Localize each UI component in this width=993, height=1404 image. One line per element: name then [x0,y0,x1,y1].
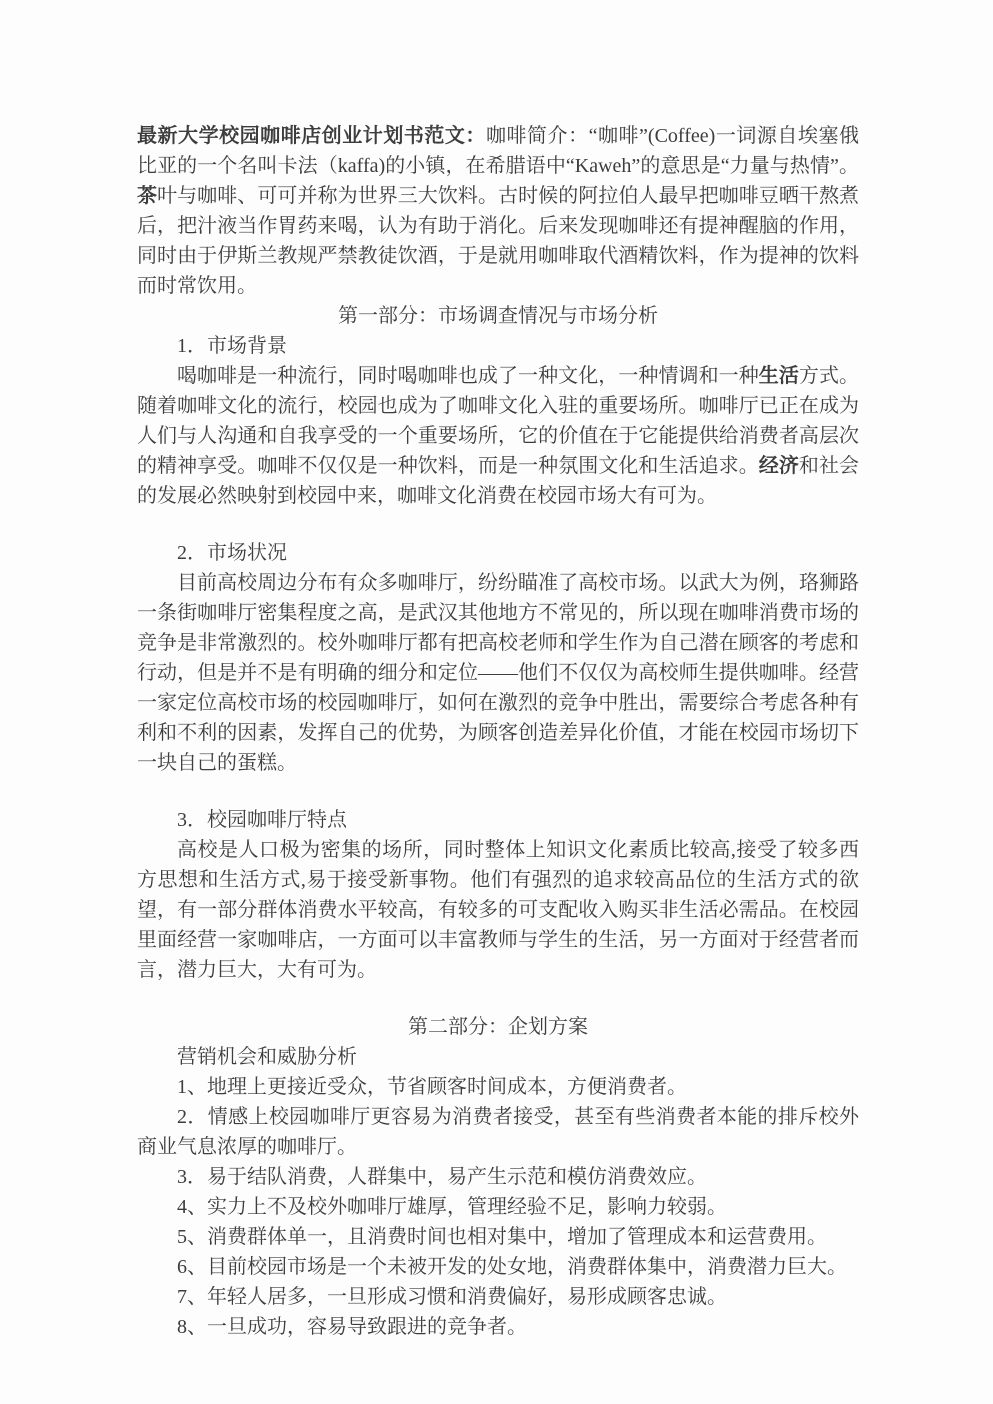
text-run: 5、消费群体单一，且消费时间也相对集中，增加了管理成本和运营费用。 [177,1226,827,1248]
part1-heading: 第一部分：市场调查情况与市场分析 [137,301,859,331]
text-run: 2．情感上校园咖啡厅更容易为消费者接受，甚至有些消费者本能的排斥校外商业气息浓厚… [137,1106,859,1158]
swot-item-6: 6、目前校园市场是一个未被开发的处女地，消费群体集中，消费潜力巨大。 [137,1252,859,1282]
text-run: 第一部分：市场调查情况与市场分析 [338,305,658,327]
text-run: 1、地理上更接近受众，节省顾客时间成本，方便消费者。 [177,1076,687,1098]
text-run: 喝咖啡是一种流行，同时喝咖啡也成了一种文化，一种情调和一种 [177,365,759,387]
text-run: 7、年轻人居多，一旦形成习惯和消费偏好，易形成顾客忠诚。 [177,1286,727,1308]
text-run: 营销机会和威胁分析 [177,1046,357,1068]
text-run: 3．易于结队消费，人群集中，易产生示范和模仿消费效应。 [177,1166,707,1188]
sec1-1-paragraph: 喝咖啡是一种流行，同时喝咖啡也成了一种文化，一种情调和一种生活方式。随着咖啡文化… [137,361,859,511]
text-run: 3．校园咖啡厅特点 [177,809,347,831]
sec1-1-heading: 1．市场背景 [137,331,859,361]
text-run: 2．市场状况 [177,542,287,564]
swot-item-2: 2．情感上校园咖啡厅更容易为消费者接受，甚至有些消费者本能的排斥校外商业气息浓厚… [137,1102,859,1162]
sec1-2-paragraph: 目前高校周边分布有众多咖啡厅，纷纷瞄准了高校市场。以武大为例，珞狮路一条街咖啡厅… [137,568,859,778]
text-run: 目前高校周边分布有众多咖啡厅，纷纷瞄准了高校市场。以武大为例，珞狮路一条街咖啡厅… [137,572,859,774]
document-body: 最新大学校园咖啡店创业计划书范文：咖啡简介：“咖啡”(Coffee)一词源自埃塞… [137,121,859,1342]
swot-item-3: 3．易于结队消费，人群集中，易产生示范和模仿消费效应。 [137,1162,859,1192]
text-run: 叶与咖啡、可可并称为世界三大饮料。古时候的阿拉伯人最早把咖啡豆晒干熬煮后，把汁液… [137,185,859,297]
swot-item-8: 8、一旦成功，容易导致跟进的竞争者。 [137,1312,859,1342]
sec1-3-paragraph: 高校是人口极为密集的场所，同时整体上知识文化素质比较高,接受了较多西方思想和生活… [137,835,859,985]
text-run: 高校是人口极为密集的场所，同时整体上知识文化素质比较高,接受了较多西方思想和生活… [137,839,859,981]
text-run: 8、一旦成功，容易导致跟进的竞争者。 [177,1316,527,1338]
sec1-3-heading: 3．校园咖啡厅特点 [137,805,859,835]
text-run: 6、目前校园市场是一个未被开发的处女地，消费群体集中，消费潜力巨大。 [177,1256,847,1278]
bold-text-run: 茶 [137,185,157,207]
swot-item-4: 4、实力上不及校外咖啡厅雄厚，管理经验不足，影响力较弱。 [137,1192,859,1222]
sec1-2-heading: 2．市场状况 [137,538,859,568]
text-run: 第二部分：企划方案 [408,1016,588,1038]
bold-text-run: 经济 [759,455,799,477]
swot-heading: 营销机会和威胁分析 [137,1042,859,1072]
text-run: 1．市场背景 [177,335,287,357]
swot-item-7: 7、年轻人居多，一旦形成习惯和消费偏好，易形成顾客忠诚。 [137,1282,859,1312]
intro-paragraph: 最新大学校园咖啡店创业计划书范文：咖啡简介：“咖啡”(Coffee)一词源自埃塞… [137,121,859,301]
swot-item-1: 1、地理上更接近受众，节省顾客时间成本，方便消费者。 [137,1072,859,1102]
text-run: 4、实力上不及校外咖啡厅雄厚，管理经验不足，影响力较弱。 [177,1196,727,1218]
bold-text-run: 生活 [759,365,799,387]
bold-text-run: 最新大学校园咖啡店创业计划书范文： [137,125,486,147]
part2-heading: 第二部分：企划方案 [137,1012,859,1042]
document-page: 最新大学校园咖啡店创业计划书范文：咖啡简介：“咖啡”(Coffee)一词源自埃塞… [0,0,993,1404]
swot-item-5: 5、消费群体单一，且消费时间也相对集中，增加了管理成本和运营费用。 [137,1222,859,1252]
